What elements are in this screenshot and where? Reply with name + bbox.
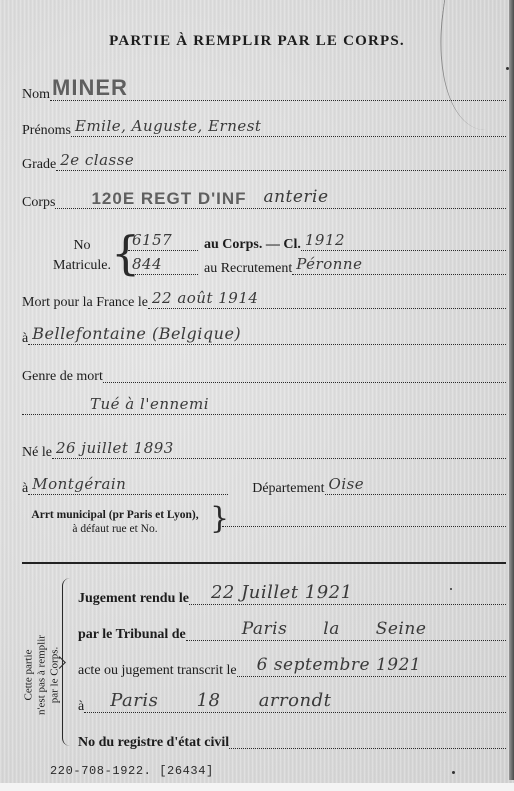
side-note-line3: par le Corps. (49, 600, 62, 750)
page-edge-shadow (509, 0, 514, 780)
form-title: PARTIE À REMPLIR PAR LE CORPS. (0, 33, 514, 50)
field-line-lieu-transcription: Paris 18 arrondt (84, 708, 506, 713)
death-record-card: PARTIE À REMPLIR PAR LE CORPS. Nom MINER… (0, 0, 514, 791)
value-grade: 2e classe (60, 151, 134, 169)
label-lieu-mort: à (22, 330, 28, 348)
field-tribunal: par le Tribunal de Paris la Seine (78, 622, 506, 644)
value-corps-handwritten: anterie (263, 187, 328, 207)
label-departement: Département (252, 480, 324, 498)
value-lieu-naissance: Montgérain (32, 475, 126, 493)
field-lieu-transcription: à Paris 18 arrondt (78, 694, 506, 716)
value-transcrit: 6 septembre 1921 (257, 655, 422, 675)
field-grade: Grade 2e classe (22, 152, 506, 174)
value-matricule-recrutement: 844 (132, 255, 162, 273)
field-nom: Nom MINER (22, 82, 506, 104)
field-line-lieu-naissance: Montgérain (28, 490, 228, 495)
label-au-recrutement: au Recrutement (204, 260, 292, 278)
print-reference: 220-708-1922. [26434] (50, 764, 214, 778)
field-line-prenoms: Emile, Auguste, Ernest (71, 132, 506, 137)
field-line-mort: 22 août 1914 (148, 304, 506, 309)
label-corps: Corps (22, 194, 55, 212)
lower-section-brace (62, 578, 71, 746)
ink-speck (450, 588, 452, 590)
field-line-registre (229, 744, 506, 749)
field-line-tribunal: Paris la Seine (186, 636, 506, 641)
field-genre-de-mort-line2: Tué à l'ennemi (22, 396, 506, 418)
label-jugement: Jugement rendu le (78, 590, 189, 608)
value-nom: MINER (52, 75, 128, 101)
label-mort-pour-la-france: Mort pour la France le (22, 294, 148, 312)
matricule-label: No Matricule. (52, 236, 112, 276)
value-corps-stamp: 120E REGT D'INF (91, 189, 246, 209)
label-au-corps: au Corps. — Cl. (204, 236, 301, 254)
label-arrondissement-line2: à défaut rue et No. (20, 522, 210, 536)
field-ne-le: Né le 26 juillet 1893 (22, 440, 506, 462)
value-tribunal: Paris la Seine (242, 619, 427, 639)
side-note-line1: Cette partie (23, 600, 36, 750)
label-transcrit: acte ou jugement transcrit le (78, 662, 237, 680)
field-arrondissement (222, 508, 506, 530)
value-matricule-corps: 6157 (132, 231, 172, 249)
field-jugement: Jugement rendu le 22 Juillet 1921 (78, 586, 506, 608)
ink-speck (506, 67, 509, 70)
field-line-jugement: 22 Juillet 1921 (189, 600, 506, 605)
side-note-line2: n'est pas à remplir (36, 600, 49, 750)
field-prenoms: Prénoms Emile, Auguste, Ernest (22, 118, 506, 140)
paper-fold-crease (426, 0, 505, 130)
field-line-matricule-recrutement: 844 (128, 270, 198, 275)
label-registre: No du registre d'état civil (78, 734, 229, 752)
field-registre: No du registre d'état civil (78, 730, 506, 752)
ink-speck (452, 771, 455, 774)
field-matricule-recrutement: 844 au Recrutement Péronne (128, 256, 506, 278)
field-lieu-mort: à Bellefontaine (Belgique) (22, 326, 506, 348)
label-tribunal: par le Tribunal de (78, 626, 186, 644)
field-line-transcrit: 6 septembre 1921 (237, 672, 506, 677)
label-ne-le: Né le (22, 444, 52, 462)
field-line-departement: Oise (325, 490, 506, 495)
field-line-grade: 2e classe (56, 166, 506, 171)
field-line-genre-de-mort (103, 378, 506, 383)
field-line-arrondissement (222, 522, 506, 527)
value-lieu-mort: Bellefontaine (Belgique) (32, 324, 241, 343)
value-date-naissance: 26 juillet 1893 (56, 439, 174, 457)
field-line-classe: 1912 (301, 246, 506, 251)
value-jugement: 22 Juillet 1921 (211, 582, 353, 603)
field-line-ne-le: 26 juillet 1893 (52, 454, 506, 459)
label-prenoms: Prénoms (22, 122, 71, 140)
page-bottom-margin (0, 783, 514, 791)
label-lieu-naissance: à (22, 480, 28, 498)
value-recrutement: Péronne (296, 255, 362, 273)
value-prenoms: Emile, Auguste, Ernest (75, 117, 261, 135)
value-departement: Oise (329, 475, 365, 493)
field-line-corps: 120E REGT D'INF anterie (55, 204, 506, 209)
field-line-nom: MINER (50, 96, 506, 101)
label-grade: Grade (22, 156, 56, 174)
field-line-recrutement: Péronne (292, 270, 506, 275)
section-divider (22, 562, 506, 564)
value-lieu-transcription: Paris 18 arrondt (110, 690, 331, 711)
field-line-genre-de-mort-2: Tué à l'ennemi (22, 410, 506, 415)
value-genre-de-mort: Tué à l'ennemi (90, 395, 209, 413)
label-nom: Nom (22, 86, 50, 104)
field-lieu-naissance: à Montgérain Département Oise (22, 476, 506, 498)
label-no: No (52, 236, 112, 256)
label-matricule: Matricule. (52, 256, 112, 276)
arrondissement-label: Arrt municipal (pr Paris et Lyon), à déf… (20, 508, 210, 536)
label-genre-de-mort: Genre de mort (22, 368, 103, 386)
label-lieu-transcription: à (78, 698, 84, 716)
field-genre-de-mort: Genre de mort (22, 364, 506, 386)
label-arrondissement-line1: Arrt municipal (pr Paris et Lyon), (20, 508, 210, 522)
field-line-lieu-mort: Bellefontaine (Belgique) (28, 340, 506, 345)
field-mort-pour-la-france: Mort pour la France le 22 août 1914 (22, 290, 506, 312)
value-classe: 1912 (305, 231, 345, 249)
value-date-mort: 22 août 1914 (152, 289, 258, 307)
field-line-matricule-corps: 6157 (128, 246, 198, 251)
field-matricule-corps: 6157 au Corps. — Cl. 1912 (128, 232, 506, 254)
field-corps: Corps 120E REGT D'INF anterie (22, 190, 506, 212)
field-transcrit: acte ou jugement transcrit le 6 septembr… (78, 658, 506, 680)
